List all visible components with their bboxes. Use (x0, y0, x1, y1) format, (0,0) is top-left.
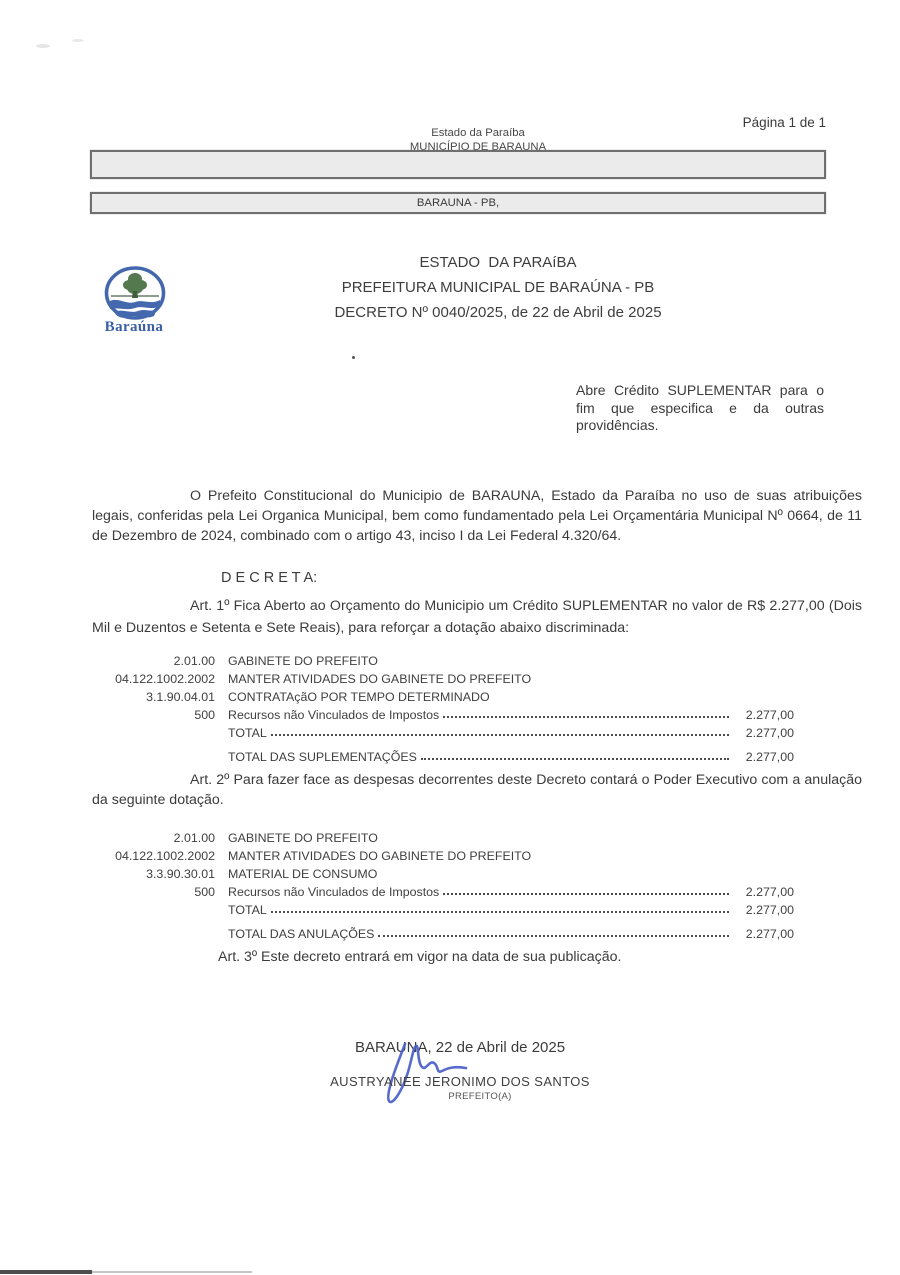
account-code: 500 (92, 885, 215, 899)
dotted-leader (271, 911, 729, 913)
signer-name: AUSTRYANEE JERONIMO DOS SANTOS (110, 1074, 810, 1089)
account-description: TOTAL (228, 903, 267, 917)
amount-value: 2.277,00 (732, 708, 794, 722)
header-empty-box (90, 150, 826, 179)
article-1: Art. 1º Fica Aberto ao Orçamento do Muni… (92, 596, 862, 639)
decree-preamble: O Prefeito Constitucional do Municipio d… (92, 486, 862, 546)
table-row: 04.122.1002.2002MANTER ATIVIDADES DO GAB… (92, 845, 794, 863)
title-state: ESTADO DA PARAíBA (148, 250, 848, 275)
header-state-line: Estado da Paraíba (128, 127, 828, 141)
title-decree-number: DECRETO Nº 0040/2025, de 22 de Abril de … (148, 300, 848, 325)
header-city-box: BARAUNA - PB, (90, 192, 826, 214)
annulment-table: 2.01.00GABINETE DO PREFEITO04.122.1002.2… (92, 827, 794, 941)
account-description: TOTAL DAS ANULAÇÕES (228, 927, 374, 941)
scan-artifact-dot (352, 356, 355, 359)
scan-artifact-smudge (72, 39, 84, 42)
table-row: 04.122.1002.2002MANTER ATIVIDADES DO GAB… (92, 668, 794, 686)
scan-artifact-edge (92, 1271, 252, 1273)
amount-value: 2.277,00 (732, 750, 794, 764)
account-description: GABINETE DO PREFEITO (228, 831, 378, 845)
article-3: Art. 3º Este decreto entrará em vigor na… (92, 949, 862, 965)
account-description: MANTER ATIVIDADES DO GABINETE DO PREFEIT… (228, 849, 531, 863)
article-2: Art. 2º Para fazer face as despesas deco… (92, 770, 862, 810)
amount-value: 2.277,00 (732, 903, 794, 917)
table-row: TOTAL DAS SUPLEMENTAÇÕES2.277,00 (92, 746, 794, 764)
scanned-decree-page: Estado da Paraíba MUNICÍPIO DE BARAUNA P… (0, 0, 900, 1275)
scan-artifact-edge (0, 1270, 92, 1274)
account-code: 04.122.1002.2002 (92, 849, 215, 863)
account-code: 3.3.90.30.01 (92, 867, 215, 881)
account-description: Recursos não Vinculados de Impostos (228, 708, 439, 722)
account-description: CONTRATAçãO POR TEMPO DETERMINADO (228, 690, 490, 704)
account-description: GABINETE DO PREFEITO (228, 654, 378, 668)
table-row: TOTAL2.277,00 (92, 722, 794, 740)
account-description: TOTAL (228, 726, 267, 740)
table-row: 3.3.90.30.01MATERIAL DE CONSUMO (92, 863, 794, 881)
amount-value: 2.277,00 (732, 726, 794, 740)
amount-value: 2.277,00 (732, 885, 794, 899)
scan-artifact-smudge (36, 44, 50, 48)
dotted-leader (443, 716, 729, 718)
dotted-leader (271, 734, 729, 736)
account-description: MATERIAL DE CONSUMO (228, 867, 377, 881)
title-prefecture: PREFEITURA MUNICIPAL DE BARAÚNA - PB (148, 275, 848, 300)
signer-role: PREFEITO(A) (130, 1091, 830, 1102)
dotted-leader (378, 935, 729, 937)
account-description: MANTER ATIVIDADES DO GABINETE DO PREFEIT… (228, 672, 531, 686)
decreta-heading: D E C R E T A: (221, 570, 317, 586)
account-code: 2.01.00 (92, 654, 215, 668)
table-row: 500Recursos não Vinculados de Impostos2.… (92, 881, 794, 899)
page-indicator: Página 1 de 1 (743, 115, 826, 130)
table-row: 2.01.00GABINETE DO PREFEITO (92, 827, 794, 845)
table-row: TOTAL DAS ANULAÇÕES2.277,00 (92, 923, 794, 941)
table-row: 3.1.90.04.01CONTRATAçãO POR TEMPO DETERM… (92, 686, 794, 704)
account-code: 2.01.00 (92, 831, 215, 845)
dotted-leader (421, 758, 729, 760)
document-title-block: ESTADO DA PARAíBA PREFEITURA MUNICIPAL D… (148, 250, 848, 325)
account-code: 500 (92, 708, 215, 722)
account-description: TOTAL DAS SUPLEMENTAÇÕES (228, 750, 417, 764)
supplementation-table: 2.01.00GABINETE DO PREFEITO04.122.1002.2… (92, 650, 794, 764)
account-description: Recursos não Vinculados de Impostos (228, 885, 439, 899)
amount-value: 2.277,00 (732, 927, 794, 941)
dotted-leader (443, 893, 729, 895)
table-row: TOTAL2.277,00 (92, 899, 794, 917)
table-row: 2.01.00GABINETE DO PREFEITO (92, 650, 794, 668)
decree-summary: Abre Crédito SUPLEMENTAR para o fim que … (576, 382, 824, 435)
account-code: 04.122.1002.2002 (92, 672, 215, 686)
table-row: 500Recursos não Vinculados de Impostos2.… (92, 704, 794, 722)
account-code: 3.1.90.04.01 (92, 690, 215, 704)
